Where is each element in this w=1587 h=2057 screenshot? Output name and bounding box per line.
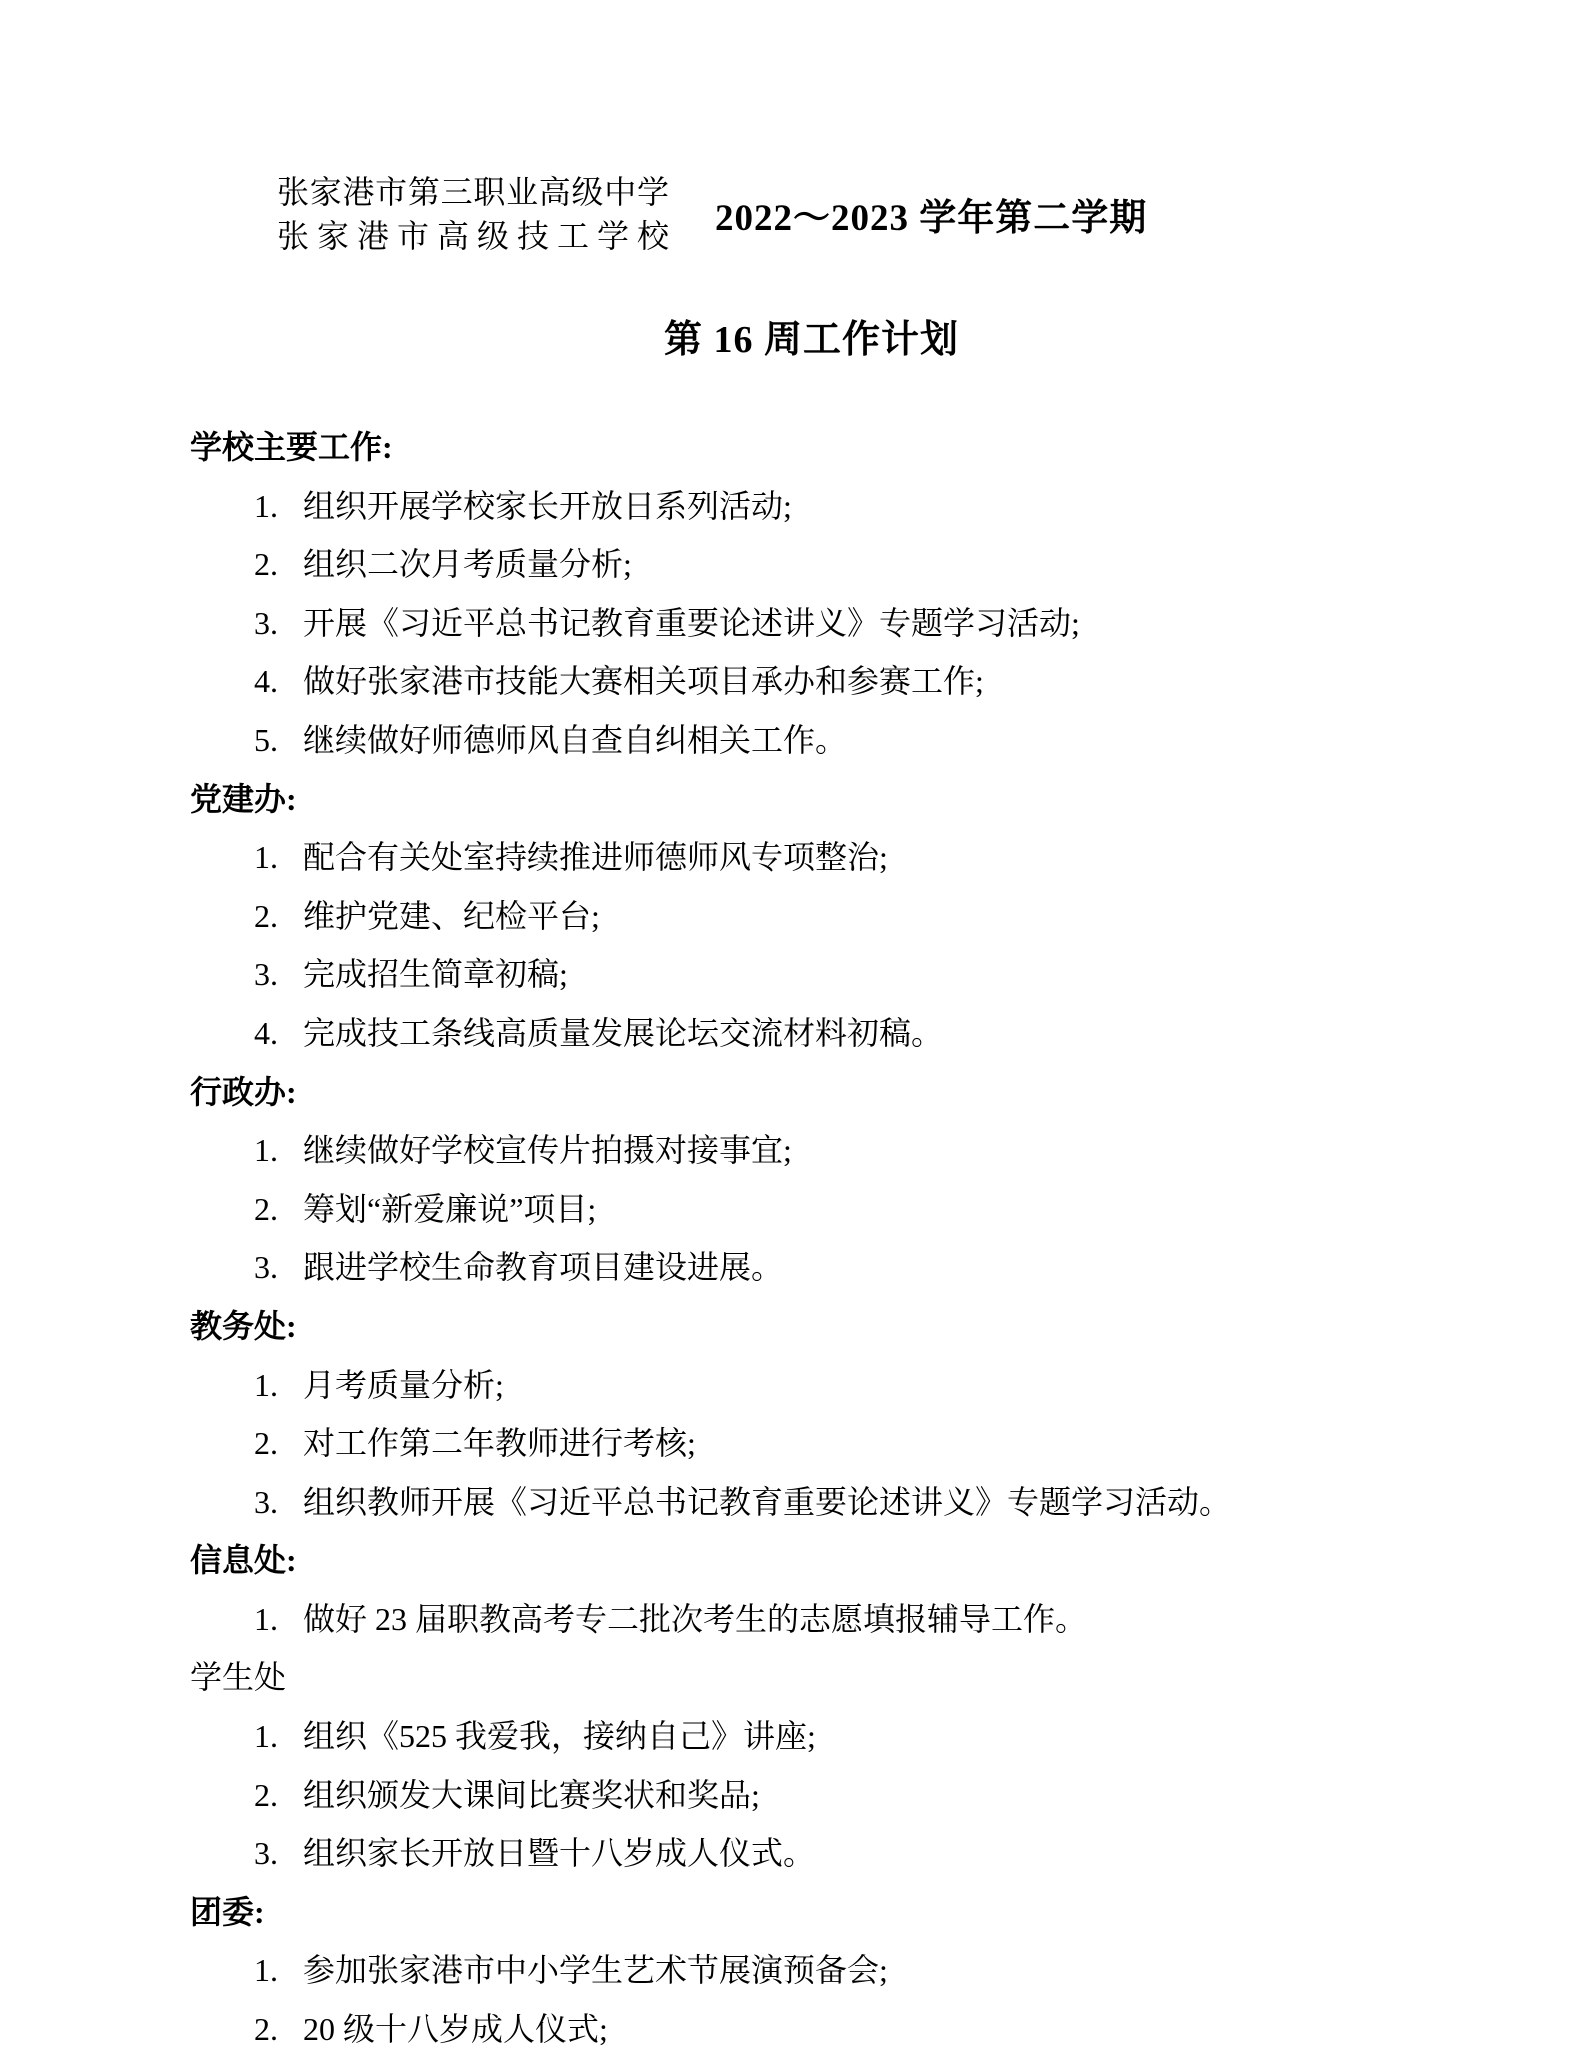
section-heading: 学生处 bbox=[190, 1648, 1587, 1707]
list-item: 1.月考质量分析; bbox=[190, 1356, 1587, 1415]
item-number: 3. bbox=[254, 594, 303, 653]
item-number: 2. bbox=[254, 2000, 303, 2057]
document-page: 张家港市第三职业高级中学 张家港市高级技工学校 2022～2023 学年第二学期… bbox=[0, 0, 1587, 2057]
list-item: 1.继续做好学校宣传片拍摄对接事宜; bbox=[190, 1121, 1587, 1180]
item-text: 参加张家港市中小学生艺术节展演预备会; bbox=[303, 1952, 888, 1988]
item-text: 组织开展学校家长开放日系列活动; bbox=[303, 488, 792, 524]
list-item: 3.跟进学校生命教育项目建设进展。 bbox=[190, 1238, 1587, 1297]
list-item: 1.配合有关处室持续推进师德师风专项整治; bbox=[190, 828, 1587, 887]
item-number: 1. bbox=[254, 828, 303, 887]
list-item: 2.维护党建、纪检平台; bbox=[190, 887, 1587, 946]
item-number: 1. bbox=[254, 477, 303, 536]
page-title: 第 16 周工作计划 bbox=[18, 315, 1587, 365]
list-item: 5.继续做好师德师风自查自纠相关工作。 bbox=[190, 711, 1587, 770]
item-number: 3. bbox=[254, 1824, 303, 1883]
section-heading: 团委: bbox=[190, 1883, 1587, 1942]
item-number: 5. bbox=[254, 711, 303, 770]
list-item: 2.筹划“新爱廉说”项目; bbox=[190, 1180, 1587, 1239]
item-text: 20 级十八岁成人仪式; bbox=[303, 2011, 608, 2047]
item-text: 组织颁发大课间比赛奖状和奖品; bbox=[303, 1777, 760, 1813]
list-item: 4.做好张家港市技能大赛相关项目承办和参赛工作; bbox=[190, 652, 1587, 711]
document-body: 学校主要工作:1.组织开展学校家长开放日系列活动;2.组织二次月考质量分析;3.… bbox=[190, 418, 1587, 2057]
item-number: 1. bbox=[254, 1707, 303, 1766]
item-text: 继续做好师德师风自查自纠相关工作。 bbox=[303, 722, 847, 758]
item-text: 维护党建、纪检平台; bbox=[303, 898, 600, 934]
school-names: 张家港市第三职业高级中学 张家港市高级技工学校 bbox=[277, 170, 669, 258]
item-text: 筹划“新爱廉说”项目; bbox=[303, 1191, 596, 1227]
item-number: 2. bbox=[254, 887, 303, 946]
item-number: 1. bbox=[254, 1941, 303, 2000]
section-heading: 行政办: bbox=[190, 1063, 1587, 1122]
list-item: 3.开展《习近平总书记教育重要论述讲义》专题学习活动; bbox=[190, 594, 1587, 653]
item-number: 2. bbox=[254, 535, 303, 594]
list-item: 1.组织开展学校家长开放日系列活动; bbox=[190, 477, 1587, 536]
school-name-line2: 张家港市高级技工学校 bbox=[277, 214, 669, 258]
section-heading: 教务处: bbox=[190, 1297, 1587, 1356]
item-text: 组织家长开放日暨十八岁成人仪式。 bbox=[303, 1835, 815, 1871]
list-item: 3.组织家长开放日暨十八岁成人仪式。 bbox=[190, 1824, 1587, 1883]
item-number: 1. bbox=[254, 1590, 303, 1649]
item-text: 配合有关处室持续推进师德师风专项整治; bbox=[303, 839, 888, 875]
section-heading: 党建办: bbox=[190, 770, 1587, 829]
item-number: 3. bbox=[254, 1238, 303, 1297]
item-text: 跟进学校生命教育项目建设进展。 bbox=[303, 1249, 783, 1285]
list-item: 2.组织颁发大课间比赛奖状和奖品; bbox=[190, 1766, 1587, 1825]
list-item: 1.参加张家港市中小学生艺术节展演预备会; bbox=[190, 1941, 1587, 2000]
item-text: 对工作第二年教师进行考核; bbox=[303, 1425, 696, 1461]
item-text: 组织《525 我爱我，接纳自己》讲座; bbox=[303, 1718, 816, 1754]
item-text: 组织教师开展《习近平总书记教育重要论述讲义》专题学习活动。 bbox=[303, 1484, 1231, 1520]
item-number: 1. bbox=[254, 1356, 303, 1415]
item-text: 组织二次月考质量分析; bbox=[303, 546, 632, 582]
list-item: 2.对工作第二年教师进行考核; bbox=[190, 1414, 1587, 1473]
item-text: 开展《习近平总书记教育重要论述讲义》专题学习活动; bbox=[303, 605, 1080, 641]
item-text: 继续做好学校宣传片拍摄对接事宜; bbox=[303, 1132, 792, 1168]
document-header: 张家港市第三职业高级中学 张家港市高级技工学校 2022～2023 学年第二学期 bbox=[277, 170, 1587, 258]
list-item: 1.组织《525 我爱我，接纳自己》讲座; bbox=[190, 1707, 1587, 1766]
item-number: 2. bbox=[254, 1766, 303, 1825]
item-number: 1. bbox=[254, 1121, 303, 1180]
list-item: 2.20 级十八岁成人仪式; bbox=[190, 2000, 1587, 2057]
school-name-line1: 张家港市第三职业高级中学 bbox=[277, 170, 669, 214]
item-text: 做好张家港市技能大赛相关项目承办和参赛工作; bbox=[303, 663, 984, 699]
item-number: 3. bbox=[254, 1473, 303, 1532]
item-text: 月考质量分析; bbox=[303, 1367, 504, 1403]
item-text: 完成技工条线高质量发展论坛交流材料初稿。 bbox=[303, 1015, 943, 1051]
section-heading: 学校主要工作: bbox=[190, 418, 1587, 477]
list-item: 1.做好 23 届职教高考专二批次考生的志愿填报辅导工作。 bbox=[190, 1590, 1587, 1649]
item-number: 2. bbox=[254, 1414, 303, 1473]
item-number: 3. bbox=[254, 945, 303, 1004]
list-item: 4.完成技工条线高质量发展论坛交流材料初稿。 bbox=[190, 1004, 1587, 1063]
item-text: 完成招生简章初稿; bbox=[303, 956, 568, 992]
list-item: 2.组织二次月考质量分析; bbox=[190, 535, 1587, 594]
section-heading: 信息处: bbox=[190, 1531, 1587, 1590]
item-number: 2. bbox=[254, 1180, 303, 1239]
list-item: 3.完成招生简章初稿; bbox=[190, 945, 1587, 1004]
item-text: 做好 23 届职教高考专二批次考生的志愿填报辅导工作。 bbox=[303, 1601, 1087, 1637]
item-number: 4. bbox=[254, 652, 303, 711]
item-number: 4. bbox=[254, 1004, 303, 1063]
semester-label: 2022～2023 学年第二学期 bbox=[715, 187, 1147, 241]
list-item: 3.组织教师开展《习近平总书记教育重要论述讲义》专题学习活动。 bbox=[190, 1473, 1587, 1532]
